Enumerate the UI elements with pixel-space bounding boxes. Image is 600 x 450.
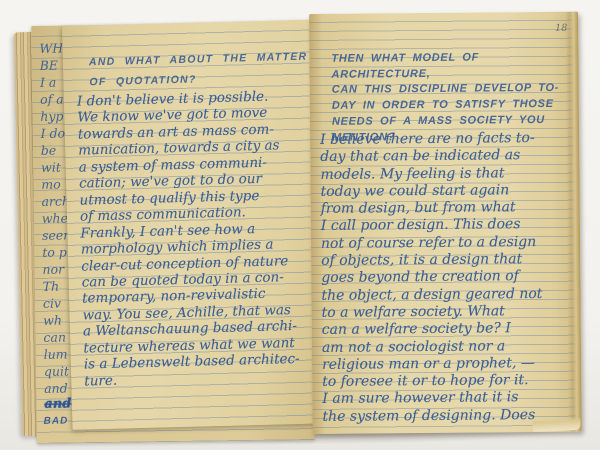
scan-background: WH BE I a of a hyp I do be wit mo arch w… — [0, 0, 600, 450]
caps-annotation: BAD — [44, 415, 69, 426]
right-page: 18 THEN WHAT MODEL OF ARCHITECTURE, CAN … — [309, 12, 582, 434]
crossed-out-word: and — [44, 396, 71, 411]
right-page-edge — [565, 12, 582, 432]
left-page-question-heading: AND WHAT ABOUT THE MATTER OF QUOTATION? — [89, 48, 308, 93]
right-page-handwritten-body: I believe there are no facts to- day tha… — [320, 130, 575, 426]
left-page-handwritten-body: I don't believe it is possible. We know … — [77, 88, 319, 390]
bottom-right-page-corner — [532, 417, 581, 432]
left-page: AND WHAT ABOUT THE MATTER OF QUOTATION? … — [62, 19, 324, 429]
